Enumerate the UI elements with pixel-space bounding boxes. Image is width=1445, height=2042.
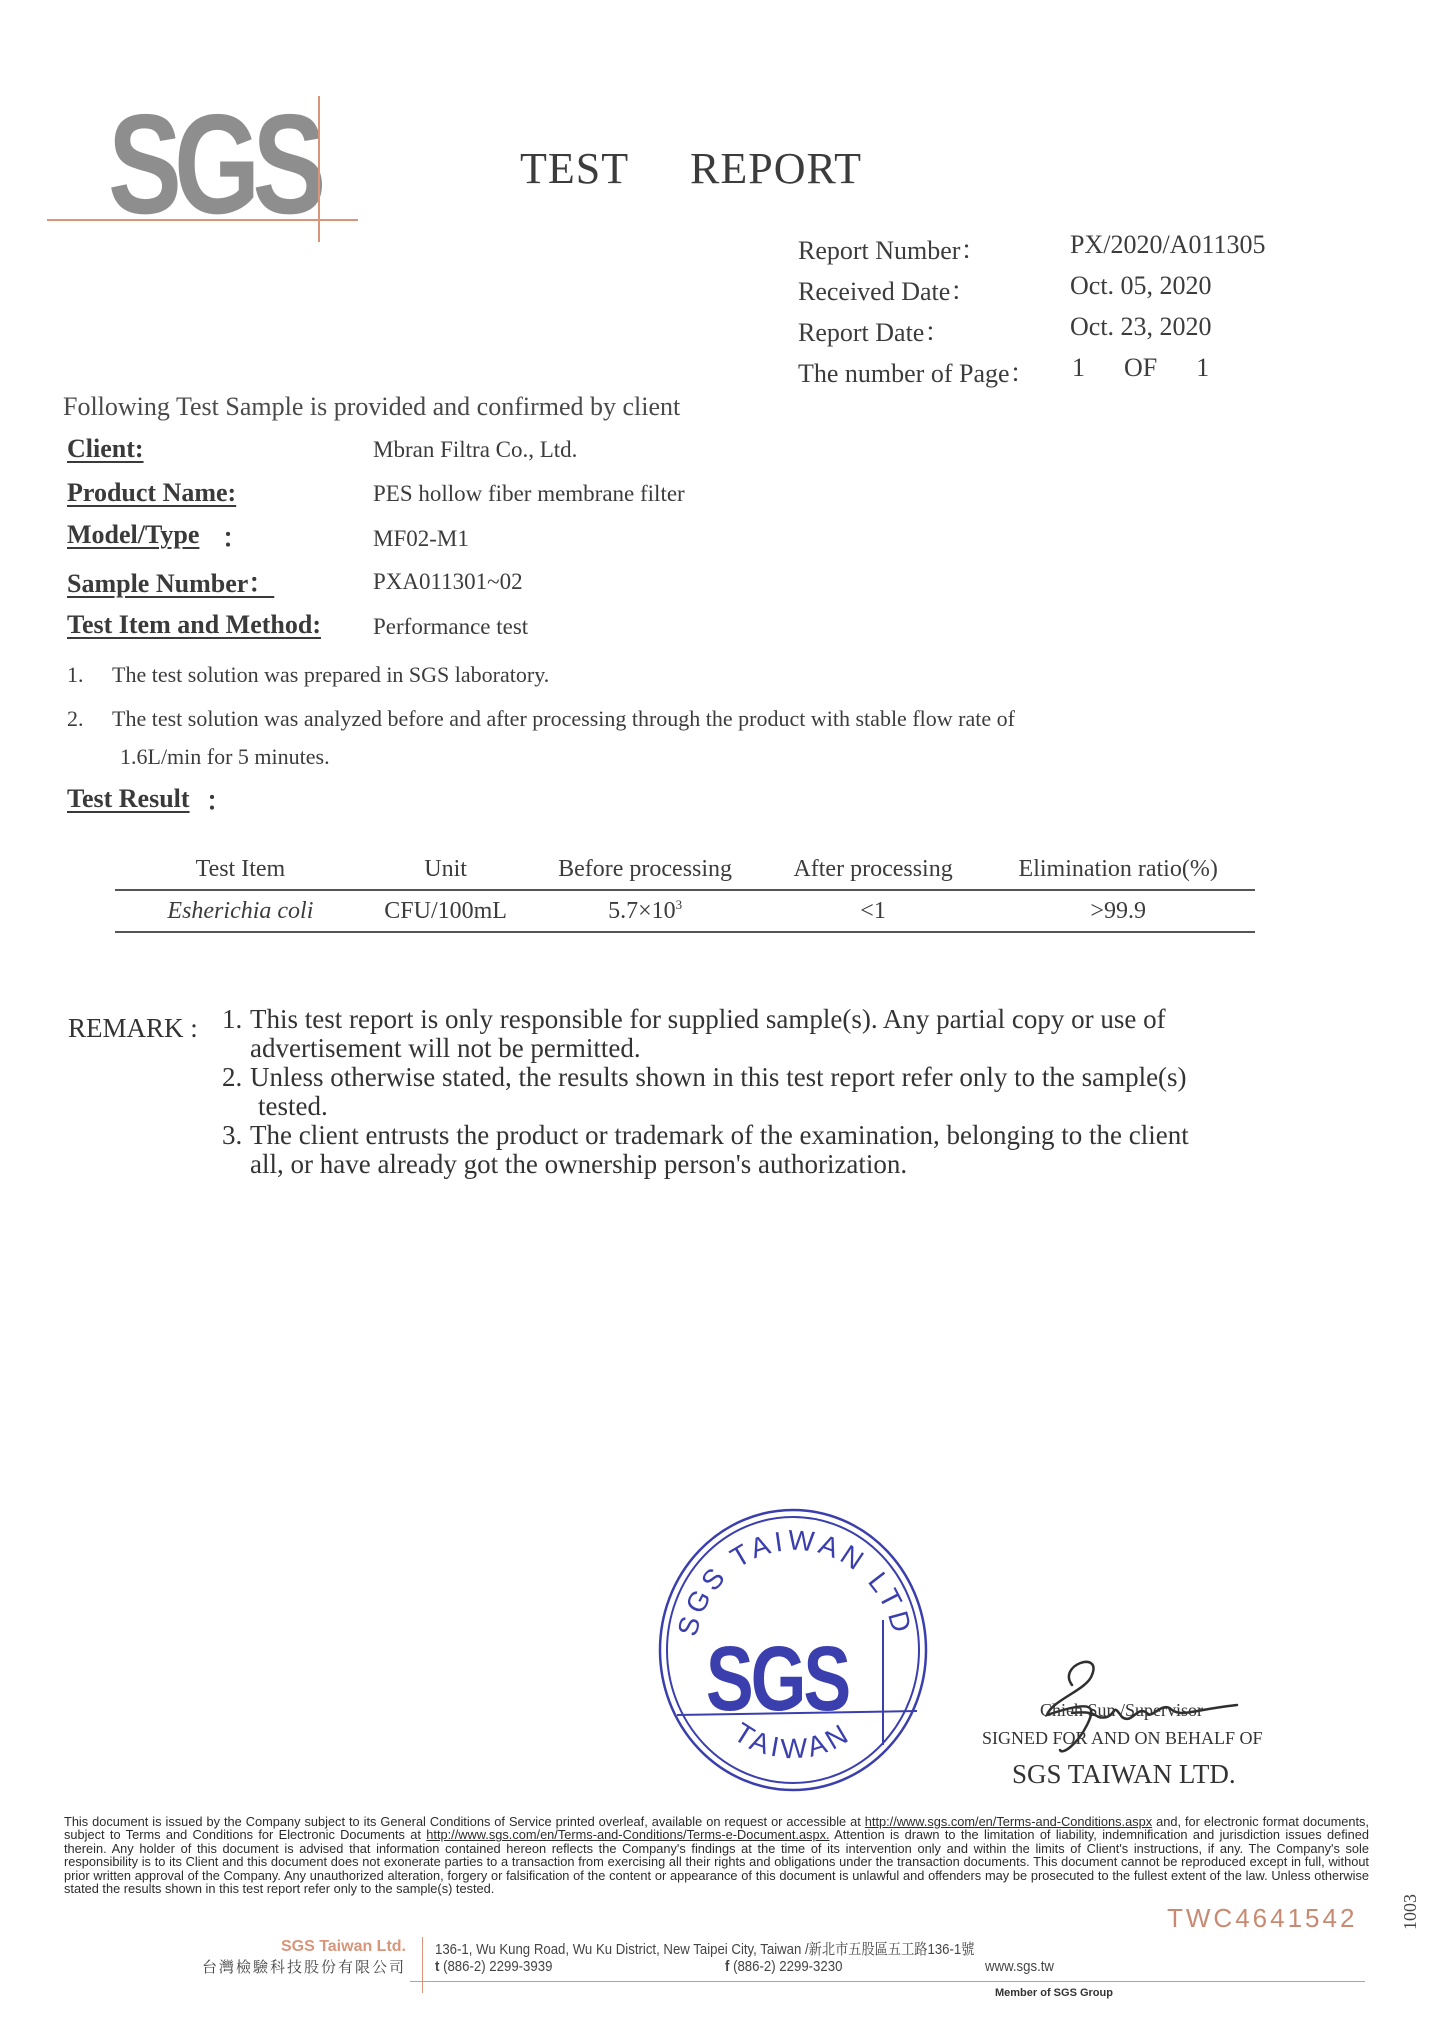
phone-label: t [435, 1958, 439, 1975]
header-ratio: Elimination ratio(%) [981, 852, 1255, 890]
page-count-value: 1 OF 1 [1072, 353, 1209, 383]
header-after: After processing [765, 852, 982, 890]
footer-fax: f (886-2) 2299-3230 [725, 1958, 842, 1975]
remark-2-line2: tested. [258, 1092, 328, 1121]
fax-label: f [725, 1958, 729, 1975]
product-name-label: Product Name: [67, 478, 236, 508]
before-base: 5.7×10 [608, 898, 676, 924]
logo-horizontal-line [47, 219, 358, 221]
step-2-number: 2. [67, 706, 84, 732]
test-method-value: Performance test [373, 614, 528, 640]
remark-label: REMARK : [68, 1014, 198, 1043]
client-value: Mbran Filtra Co., Ltd. [373, 437, 577, 463]
remark-1-number: 1. [222, 1005, 242, 1034]
side-number: 1003 [1400, 1894, 1421, 1930]
signatory-name: Chieh Sun /Supervisor [1040, 1700, 1203, 1721]
model-type-label: Model/Type [67, 520, 199, 550]
test-method-label: Test Item and Method: [67, 610, 321, 640]
test-result-colon: ： [206, 781, 232, 818]
product-name-value: PES hollow fiber membrane filter [373, 481, 685, 507]
before-exponent: 3 [676, 897, 683, 912]
received-date-label: Received Date： [798, 271, 976, 308]
remark-1-line2: advertisement will not be permitted. [250, 1034, 641, 1063]
sgs-logo: SGS [108, 94, 319, 236]
cell-before: 5.7×103 [525, 890, 764, 932]
footer-website[interactable]: www.sgs.tw [985, 1958, 1054, 1975]
intro-text: Following Test Sample is provided and co… [63, 392, 680, 422]
logo-vertical-line [318, 96, 320, 242]
sgs-taiwan-stamp: SGS TAIWAN LTD TAIWAN SGS [655, 1505, 930, 1795]
test-result-label: Test Result [67, 784, 190, 814]
serial-number: TWC4641542 [1167, 1903, 1357, 1934]
fax-number: (886-2) 2299-3230 [733, 1958, 842, 1975]
remark-3-line2: all, or have already got the ownership p… [250, 1150, 907, 1179]
sample-number-label: Sample Number： [67, 563, 274, 600]
step-2-continuation: 1.6L/min for 5 minutes. [120, 744, 330, 770]
table-row: Esherichia coli CFU/100mL 5.7×103 <1 >99… [115, 890, 1255, 932]
cell-after: <1 [765, 890, 982, 932]
header-before: Before processing [525, 852, 764, 890]
title-report: REPORT [690, 143, 862, 194]
model-type-value: MF02-M1 [373, 526, 469, 552]
footer-phone: t (886-2) 2299-3939 [435, 1958, 552, 1975]
remark-2-line1: Unless otherwise stated, the results sho… [250, 1063, 1187, 1092]
remark-3-number: 3. [222, 1121, 242, 1150]
step-2-text: The test solution was analyzed before an… [112, 706, 1015, 732]
member-of-sgs-group: Member of SGS Group [995, 1987, 1113, 1999]
report-number-value: PX/2020/A011305 [1070, 230, 1266, 260]
cell-ratio: >99.9 [981, 890, 1255, 932]
client-label: Client: [67, 434, 144, 464]
report-date-label: Report Date： [798, 312, 950, 349]
cell-test-item: Esherichia coli [115, 890, 366, 932]
remark-3-line1: The client entrusts the product or trade… [250, 1121, 1189, 1150]
sample-number-value: PXA011301~02 [373, 569, 523, 595]
report-number-label: Report Number： [798, 230, 986, 267]
header-unit: Unit [366, 852, 526, 890]
footer-company-cn: 台灣檢驗科技股份有限公司 [202, 1956, 406, 1977]
table-header-row: Test Item Unit Before processing After p… [115, 852, 1255, 890]
step-1-number: 1. [67, 662, 84, 688]
model-type-colon: ： [222, 518, 248, 555]
disclaimer-text: This document is issued by the Company s… [64, 1815, 1369, 1895]
page-count-label: The number of Page： [798, 353, 1036, 390]
stamp-seal-icon: SGS TAIWAN LTD TAIWAN SGS [655, 1505, 930, 1795]
footer-address: 136-1, Wu Kung Road, Wu Ku District, New… [435, 1938, 974, 1959]
header-test-item: Test Item [115, 852, 366, 890]
title-test: TEST [520, 143, 629, 194]
remark-1-line1: This test report is only responsible for… [250, 1005, 1166, 1034]
footer-divider-vertical [422, 1937, 423, 1993]
results-table: Test Item Unit Before processing After p… [115, 852, 1255, 933]
signing-company: SGS TAIWAN LTD. [1012, 1759, 1236, 1790]
remark-2-number: 2. [222, 1063, 242, 1092]
signed-on-behalf: SIGNED FOR AND ON BEHALF OF [982, 1728, 1263, 1749]
received-date-value: Oct. 05, 2020 [1070, 271, 1212, 301]
step-1-text: The test solution was prepared in SGS la… [112, 662, 549, 688]
phone-number: (886-2) 2299-3939 [443, 1958, 552, 1975]
report-date-value: Oct. 23, 2020 [1070, 312, 1212, 342]
footer-company-en: SGS Taiwan Ltd. [281, 1938, 406, 1956]
footer-divider-horizontal [410, 1981, 1365, 1982]
cell-unit: CFU/100mL [366, 890, 526, 932]
